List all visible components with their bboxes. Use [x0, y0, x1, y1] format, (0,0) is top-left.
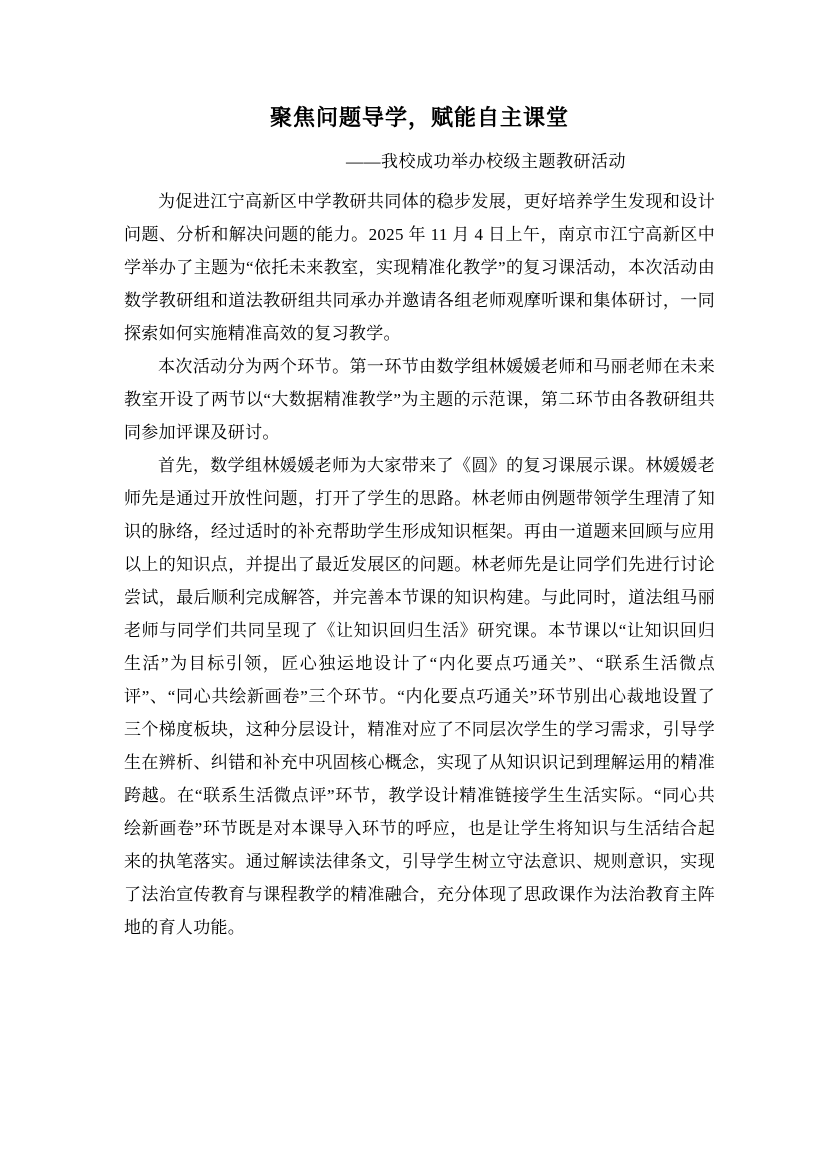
paragraph: 首先，数学组林媛媛老师为大家带来了《圆》的复习课展示课。林媛媛老师先是通过开放性…	[124, 449, 715, 944]
document-page: 聚焦问题导学，赋能自主课堂 ——我校成功举办校级主题教研活动 为促进江宁高新区中…	[0, 0, 827, 1170]
document-title: 聚焦问题导学，赋能自主课堂	[124, 100, 715, 136]
paragraph: 为促进江宁高新区中学教研共同体的稳步发展，更好培养学生发现和设计问题、分析和解决…	[124, 185, 715, 350]
paragraph: 本次活动分为两个环节。第一环节由数学组林媛媛老师和马丽老师在未来教室开设了两节以…	[124, 350, 715, 449]
document-subtitle: ——我校成功举办校级主题教研活动	[346, 145, 715, 178]
document-body: 为促进江宁高新区中学教研共同体的稳步发展，更好培养学生发现和设计问题、分析和解决…	[124, 185, 715, 944]
